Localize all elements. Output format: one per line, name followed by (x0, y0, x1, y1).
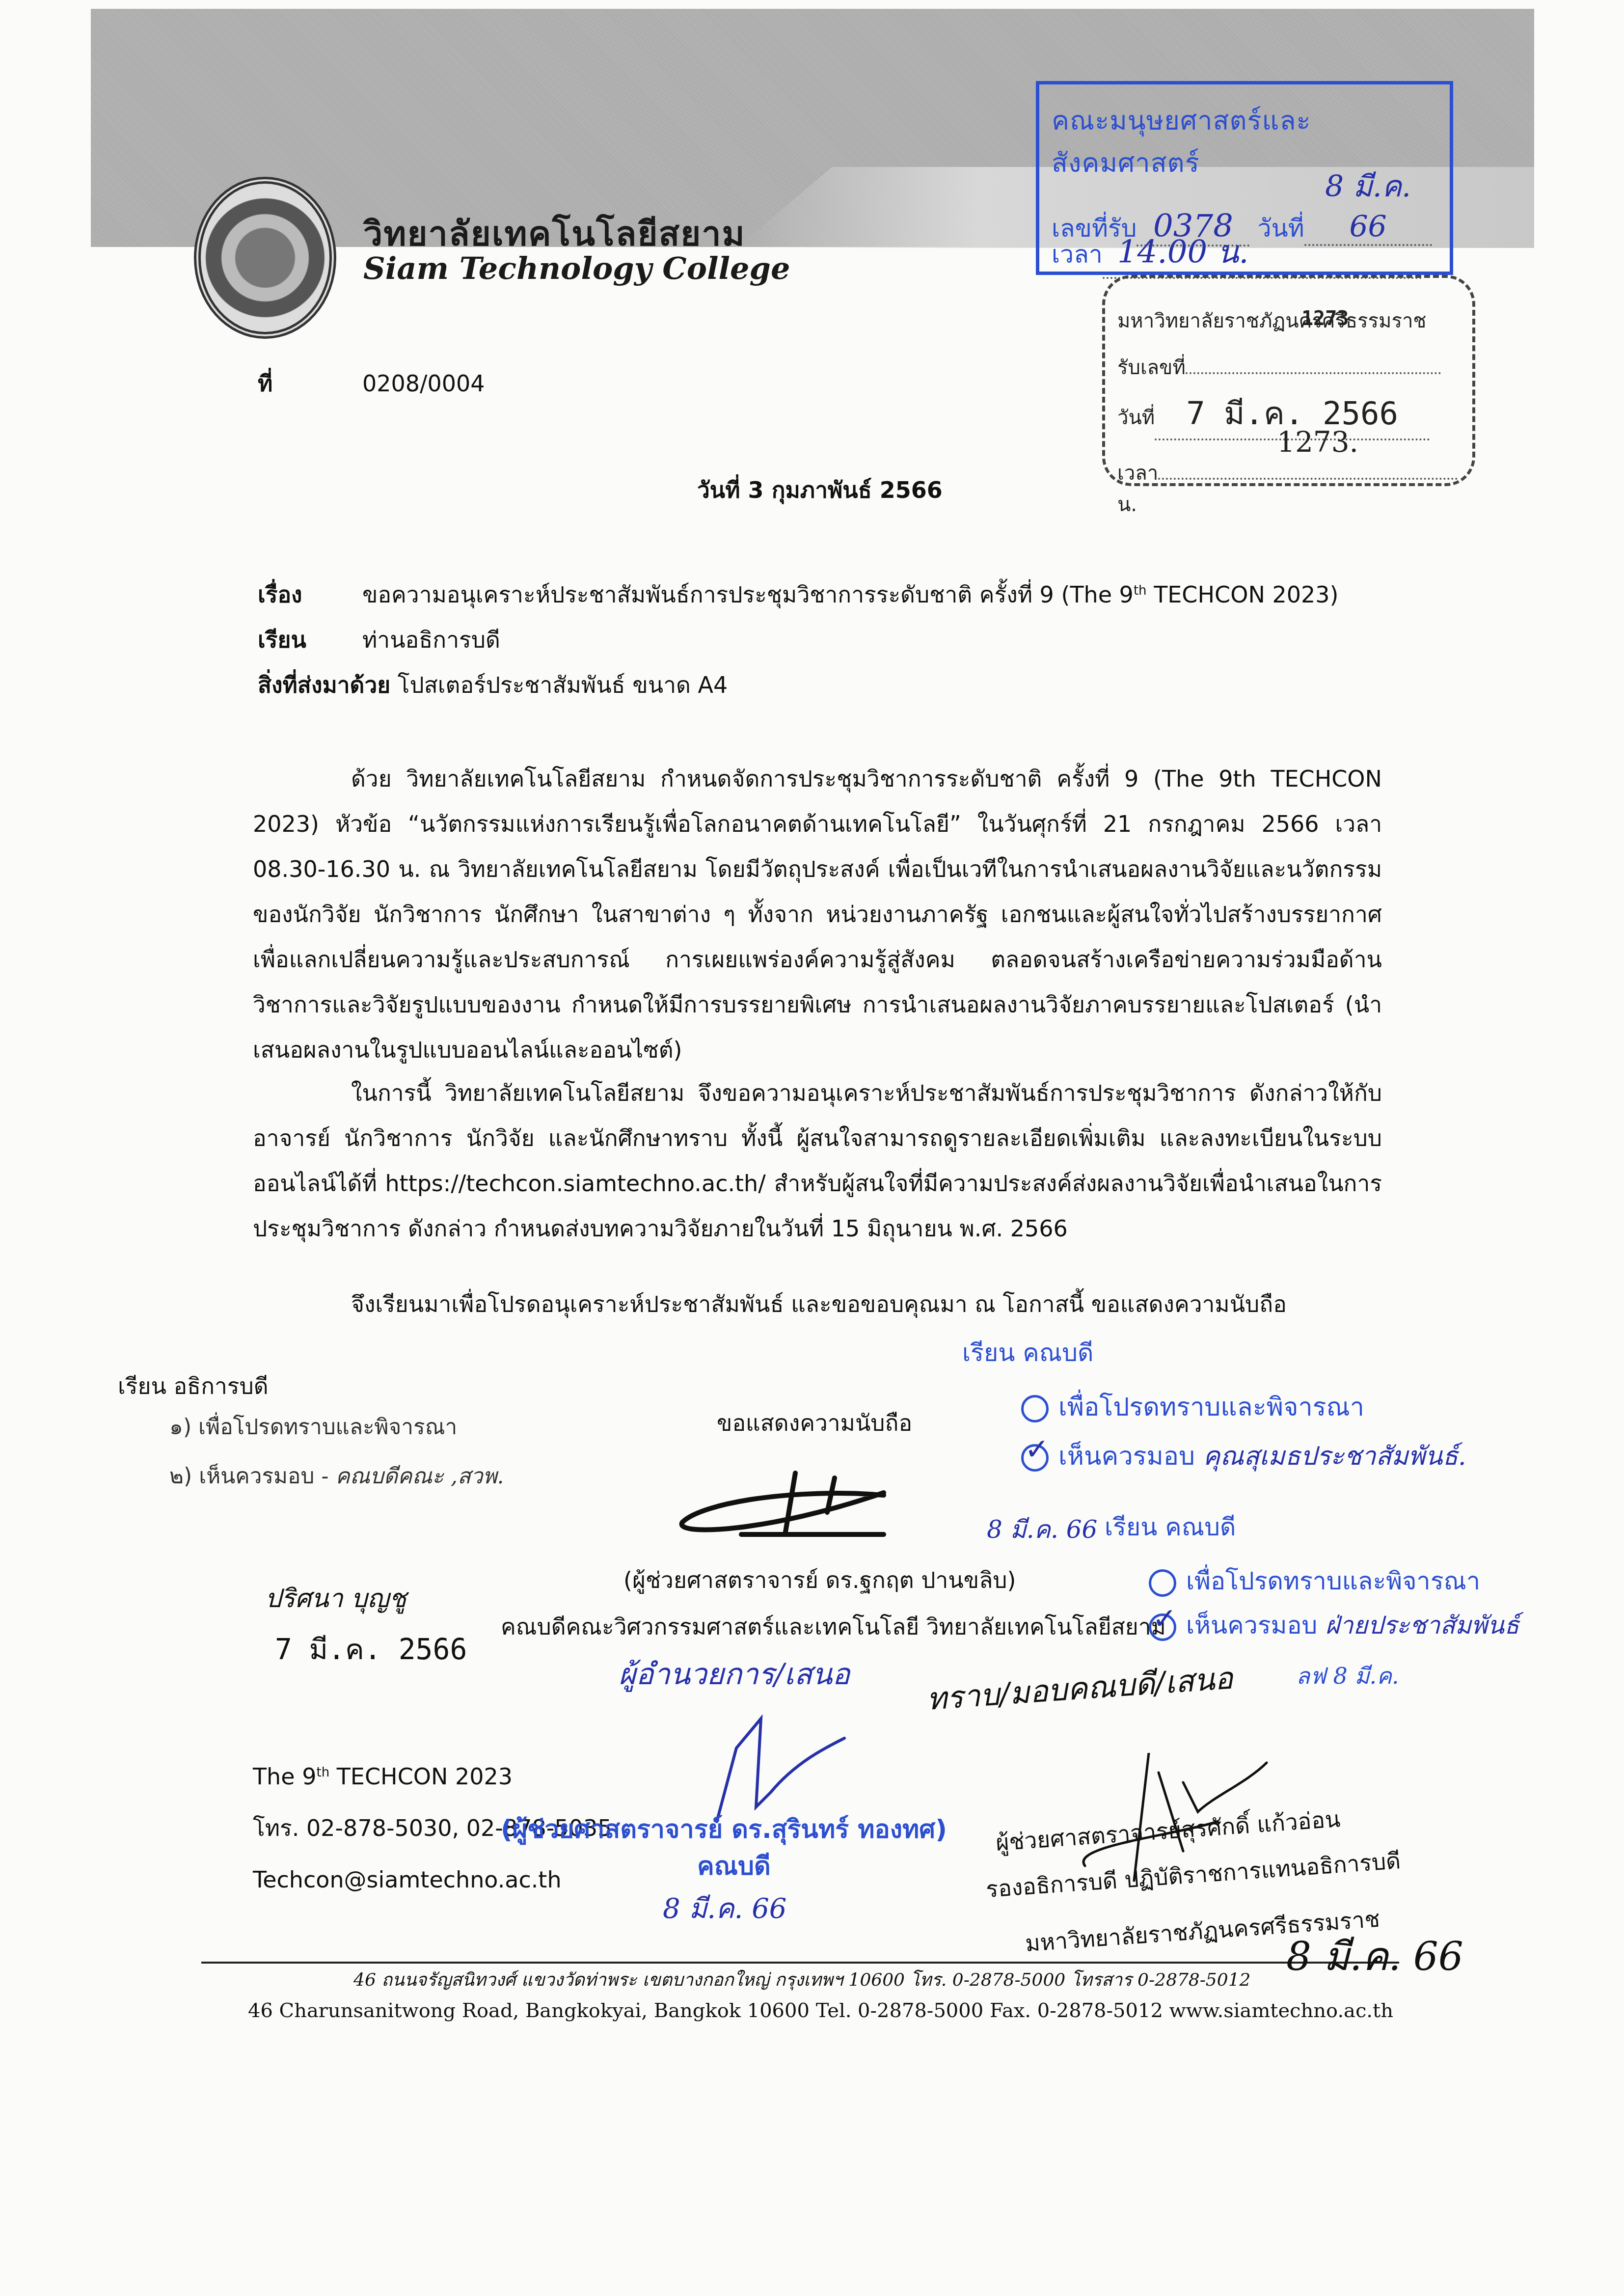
footer-address-en: 46 Charunsanitwong Road, Bangkokyai, Ban… (248, 2001, 1393, 2021)
university-receipt-stamp: มหาวิทยาลัยราชภัฏนครศรีธรรมราช 1273 รับเ… (1102, 275, 1475, 486)
president-memo-initials: ปริศนา บุญชู (265, 1586, 406, 1612)
stamp-time-label: เวลา (1052, 240, 1103, 269)
college-seal-icon (194, 177, 336, 339)
black-handwritten-note: ทราบ/มอบคณบดี/เสนอ (926, 1663, 1234, 1715)
signatory-signature (673, 1468, 928, 1542)
dean-memo1-option2: เห็นควรมอบ คุณสุเมธประชาสัมพันธ์. (1021, 1444, 1466, 1472)
body-paragraph-2: ในการนี้ วิทยาลัยเทคโนโลยีสยาม จึงขอความ… (253, 1070, 1382, 1251)
stamp-time-row: เวลา14.00 น. (1052, 227, 1422, 279)
dean-memo2-option2: เห็นควรมอบ ฝ่ายประชาสัมพันธ์ (1149, 1613, 1519, 1641)
closing-sentence: จึงเรียนมาเพื่อโปรดอนุเคราะห์ประชาสัมพัน… (253, 1282, 1382, 1327)
dean-memo1-to: เรียน คณบดี (962, 1340, 1093, 1365)
blue-handwritten-note: ผู้อำนวยการ/เสนอ (619, 1660, 850, 1689)
dean-memo1-option1: เพื่อโปรดทราบและพิจารณา (1021, 1394, 1364, 1422)
sign-off: ขอแสดงความนับถือ (717, 1412, 912, 1434)
stamp-time-row: เวลาน. (1117, 457, 1472, 520)
president-memo-option1: ๑) เพื่อโปรดทราบและพิจารณา (169, 1417, 457, 1438)
president-memo-option2: ๒) เห็นควรมอบ - คณบดีคณะ ,สวพ. (169, 1466, 504, 1487)
subject-label: เรื่อง (258, 583, 302, 606)
dean-signature-title: คณบดี (697, 1854, 771, 1879)
dean-memo2-initials: ลฟ 8 มี.ค. (1296, 1665, 1399, 1687)
ref-value: 0208/0004 (362, 372, 485, 395)
dean-signature-date: 8 มี.ค. 66 (663, 1895, 786, 1923)
footer-divider (201, 1962, 1399, 1964)
stamp-number-label: รับเลขที่ (1117, 352, 1441, 383)
president-memo-date-stamp: 7 มี.ค. 2566 (275, 1635, 467, 1664)
signatory-title: คณบดีคณะวิศวกรรมศาสตร์และเทคโนโลยี วิทยา… (501, 1615, 1166, 1638)
dean-signature (707, 1709, 854, 1827)
to-label: เรียน (258, 629, 306, 651)
to-value: ท่านอธิการบดี (362, 629, 500, 651)
subject-value: ขอความอนุเคราะห์ประชาสัมพันธ์การประชุมวิ… (362, 583, 1338, 606)
faculty-receipt-stamp: คณะมนุษยศาสตร์และสังคมศาสตร์ เลขที่รับ03… (1036, 81, 1453, 275)
dean-memo1-date: 8 มี.ค. 66 (987, 1517, 1097, 1542)
dean-signature-name: (ผู้ช่วยศาสตราจารย์ ดร.สุรินทร์ ทองทศ) (501, 1817, 947, 1842)
contact-event: The 9th TECHCON 2023 (253, 1765, 513, 1788)
stamp-title: มหาวิทยาลัยราชภัฏนครศรีธรรมราช (1117, 305, 1427, 336)
stamp-date-row: วันที่7 มี.ค. 2566 (1117, 388, 1430, 440)
footer-address-th: 46 ถนนจรัญสนิทวงศ์ แขวงวัดท่าพระ เขตบางก… (353, 1971, 1250, 1989)
ref-label: ที่ (258, 372, 272, 395)
signatory-name: (ผู้ช่วยศาสตราจารย์ ดร.ฐกฤต ปานขลิบ) (623, 1569, 1016, 1591)
college-name-en: Siam Technology College (363, 250, 790, 286)
president-memo-to: เรียน อธิการบดี (118, 1375, 269, 1397)
dean-memo1-to-2: เรียน คณบดี (1105, 1515, 1236, 1539)
stamp-handwritten-number: 1273. (1277, 425, 1358, 459)
body-paragraph-1: ด้วย วิทยาลัยเทคโนโลยีสยาม กำหนดจัดการปร… (253, 756, 1382, 1072)
letter-date: วันที่ 3 กุมภาพันธ์ 2566 (697, 479, 943, 501)
vp-date: 8 มี.ค. 66 (1286, 1937, 1463, 1976)
contact-email[interactable]: Techcon@siamtechno.ac.th (253, 1868, 562, 1891)
dean-memo2-option1: เพื่อโปรดทราบและพิจารณา (1149, 1569, 1480, 1597)
enclosure: สิ่งที่ส่งมาด้วย โปสเตอร์ประชาสัมพันธ์ ข… (258, 674, 728, 696)
stamp-time-value: 14.00 น. (1103, 227, 1422, 279)
stamp-number-big: 1273 (1301, 307, 1349, 330)
